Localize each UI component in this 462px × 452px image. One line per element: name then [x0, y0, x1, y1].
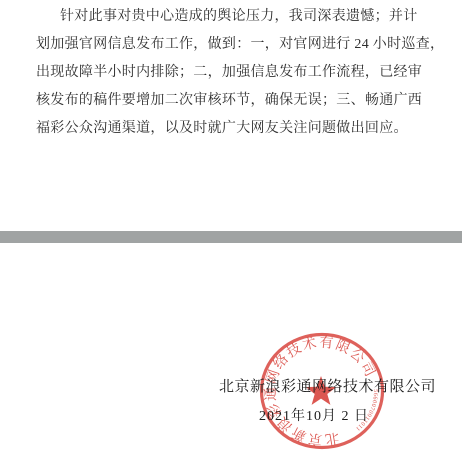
document-page: 针对此事对贵中心造成的舆论压力，我司深表遗憾；并计 划加强官网信息发布工作，做到…	[0, 0, 462, 452]
signature-company-name: 北京新浪彩通网络技术有限公司	[219, 375, 436, 396]
signature-date: 2021年10月 2 日	[259, 405, 369, 425]
